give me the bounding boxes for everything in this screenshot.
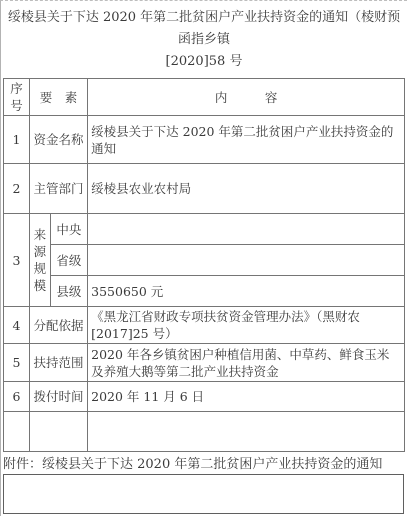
table-row: 6 拨付时间 2020 年 11 月 6 日	[4, 382, 405, 412]
row1-content: 绥棱县关于下达 2020 年第二批贫困户产业扶持资金的通知	[88, 116, 405, 164]
row5-index: 5	[4, 344, 30, 382]
row3-level-central: 中央	[50, 214, 87, 245]
table-row: 2 主管部门 绥棱县农业农村局	[4, 164, 405, 214]
row3-value-county: 3550650 元	[88, 276, 405, 307]
row4-label: 分配依据	[29, 307, 87, 344]
table-row: 3 来源规模 中央	[4, 214, 405, 245]
row3-level-province: 省级	[50, 245, 87, 276]
bottom-empty-box	[3, 474, 404, 514]
row3-label-source-scale: 来源规模	[29, 214, 50, 307]
table-row: 5 扶持范围 2020 年各乡镇贫困户种植信用菌、中草药、鲜食玉米及养殖大鹅等第…	[4, 344, 405, 382]
row6-content: 2020 年 11 月 6 日	[88, 382, 405, 412]
header-element: 要 素	[29, 79, 87, 116]
table-row: 4 分配依据 《黑龙江省财政专项扶贫资金管理办法》（黑财农[2017]25 号）	[4, 307, 405, 344]
row2-index: 2	[4, 164, 30, 214]
table-row-empty	[4, 412, 405, 452]
document-title-line1: 绥棱县关于下达 2020 年第二批贫困户产业扶持资金的通知（棱财预函指乡镇	[3, 7, 405, 51]
row1-label: 资金名称	[29, 116, 87, 164]
row5-content: 2020 年各乡镇贫困户种植信用菌、中草药、鲜食玉米及养殖大鹅等第二批产业扶持资…	[88, 344, 405, 382]
row6-label: 拨付时间	[29, 382, 87, 412]
row3-value-province	[88, 245, 405, 276]
notice-table: 序号 要 素 内 容 1 资金名称 绥棱县关于下达 2020 年第二批贫困户产业…	[3, 78, 405, 452]
row4-index: 4	[4, 307, 30, 344]
row5-label: 扶持范围	[29, 344, 87, 382]
table-row: 省级	[4, 245, 405, 276]
row1-index: 1	[4, 116, 30, 164]
document-title: 绥棱县关于下达 2020 年第二批贫困户产业扶持资金的通知（棱财预函指乡镇 [2…	[3, 7, 405, 73]
table-row: 1 资金名称 绥棱县关于下达 2020 年第二批贫困户产业扶持资金的通知	[4, 116, 405, 164]
empty-row-label	[29, 412, 87, 452]
row2-label: 主管部门	[29, 164, 87, 214]
row3-level-county: 县级	[50, 276, 87, 307]
header-content: 内 容	[88, 79, 405, 116]
empty-row-index	[4, 412, 30, 452]
header-index: 序号	[4, 79, 30, 116]
document-title-line2: [2020]58 号	[3, 51, 405, 73]
row6-index: 6	[4, 382, 30, 412]
table-row: 县级 3550650 元	[4, 276, 405, 307]
row3-value-central	[88, 214, 405, 245]
row4-content: 《黑龙江省财政专项扶贫资金管理办法》（黑财农[2017]25 号）	[88, 307, 405, 344]
empty-row-content	[88, 412, 405, 452]
row2-content: 绥棱县农业农村局	[88, 164, 405, 214]
document-page: 绥棱县关于下达 2020 年第二批贫困户产业扶持资金的通知（棱财预函指乡镇 [2…	[0, 0, 407, 516]
table-header-row: 序号 要 素 内 容	[4, 79, 405, 116]
row3-index: 3	[4, 214, 30, 307]
